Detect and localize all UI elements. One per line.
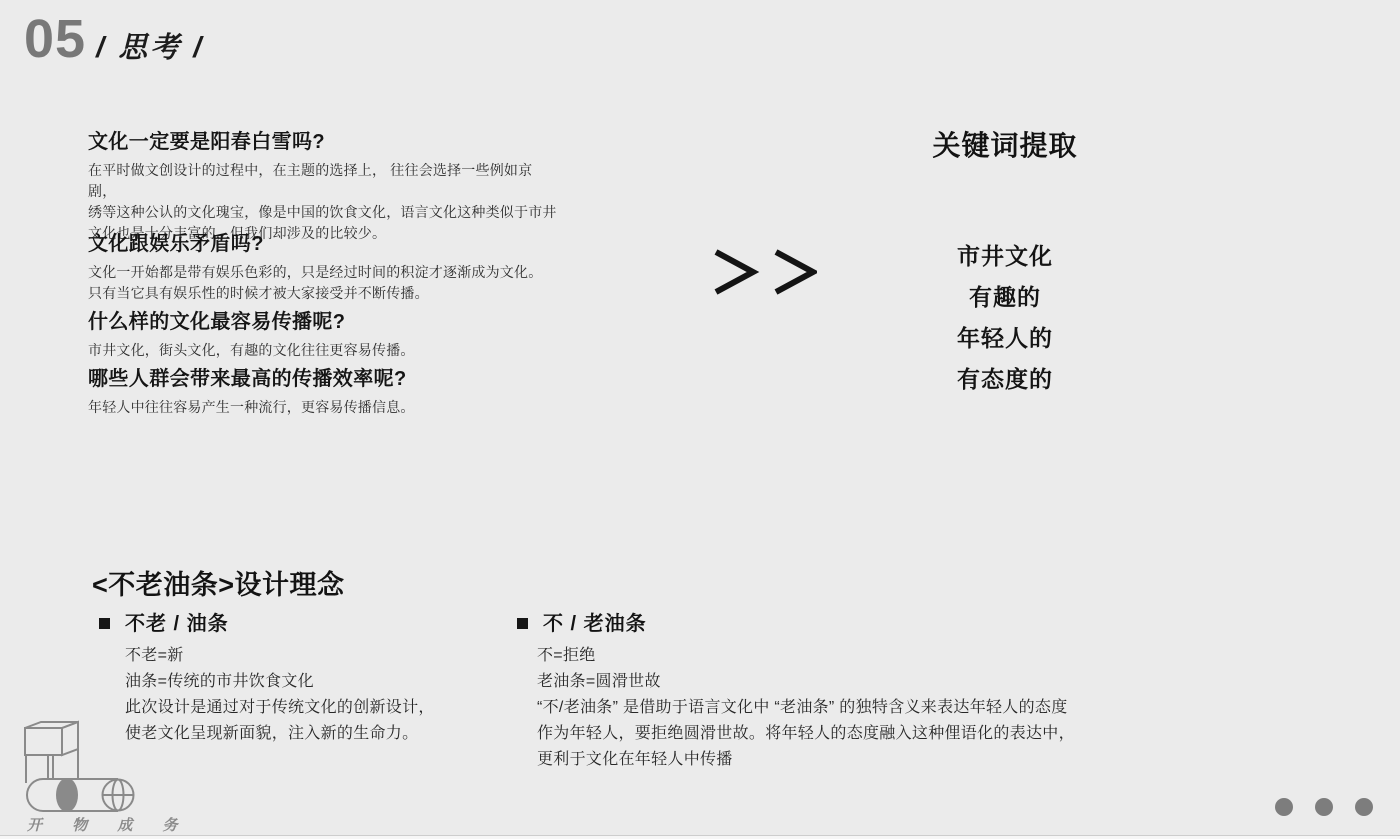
qa-answer: 年轻人中往往容易产生一种流行，更容易传播信息。 <box>88 397 558 418</box>
concept-line: “不/老油条” 是借助于语言文化中 “老油条” 的独特含义来表达年轻人的态度 <box>537 695 1157 721</box>
concept-block-title: 不 / 老油条 <box>543 612 647 637</box>
keyword-item: 有态度的 <box>880 359 1130 400</box>
concept-line: 此次设计是通过对于传统文化的创新设计， <box>125 695 519 721</box>
keywords-panel: 关键词提取 市井文化 有趣的 年轻人的 有态度的 <box>880 129 1130 400</box>
kaiwu-chengwu-logo-icon <box>22 714 138 814</box>
keywords-list: 市井文化 有趣的 年轻人的 有态度的 <box>880 236 1130 400</box>
keywords-title: 关键词提取 <box>880 129 1130 163</box>
pagination-dot[interactable] <box>1355 798 1373 816</box>
concept-block-header: 不 / 老油条 <box>517 612 1157 637</box>
qa-answer: 市井文化，街头文化，有趣的文化往往更容易传播。 <box>88 340 558 361</box>
slide: 05 / 思考 / 文化一定要是阳春白雪吗? 在平时做文创设计的过程中，在主题的… <box>0 0 1400 839</box>
square-bullet-icon <box>517 618 528 629</box>
qa-block-2: 文化跟娱乐矛盾吗? 文化一开始都是带有娱乐色彩的，只是经过时间的积淀才逐渐成为文… <box>88 231 558 304</box>
section-title: / 思考 / <box>96 25 204 66</box>
concept-line: 作为年轻人，要拒绝圆滑世故。将年轻人的态度融入这种俚语化的表达中， <box>537 721 1157 747</box>
slide-header: 05 / 思考 / <box>24 12 204 66</box>
qa-block-3: 什么样的文化最容易传播呢? 市井文化，街头文化，有趣的文化往往更容易传播。 <box>88 309 558 361</box>
qa-block-4: 哪些人群会带来最高的传播效率呢? 年轻人中往往容易产生一种流行，更容易传播信息。 <box>88 366 558 418</box>
concept-line: 老油条=圆滑世故 <box>537 669 1157 695</box>
keyword-item: 年轻人的 <box>880 318 1130 359</box>
qa-question: 文化跟娱乐矛盾吗? <box>88 231 558 257</box>
concept-line: 油条=传统的市井饮食文化 <box>125 669 519 695</box>
qa-block-1: 文化一定要是阳春白雪吗? 在平时做文创设计的过程中，在主题的选择上， 往往会选择… <box>88 129 558 244</box>
section-number: 05 <box>24 12 86 66</box>
qa-answer: 文化一开始都是带有娱乐色彩的，只是经过时间的积淀才逐渐成为文化。 只有当它具有娱… <box>88 262 558 304</box>
concept-line: 更利于文化在年轻人中传播 <box>537 747 1157 773</box>
qa-answer-line: 只有当它具有娱乐性的时候才被大家接受并不断传播。 <box>88 283 558 304</box>
keyword-item: 有趣的 <box>880 277 1130 318</box>
square-bullet-icon <box>99 618 110 629</box>
keyword-item: 市井文化 <box>880 236 1130 277</box>
pagination-dot[interactable] <box>1275 798 1293 816</box>
concept-block-title: 不老 / 油条 <box>125 612 229 637</box>
qa-answer-line: 文化一开始都是带有娱乐色彩的，只是经过时间的积淀才逐渐成为文化。 <box>88 262 558 283</box>
qa-question: 哪些人群会带来最高的传播效率呢? <box>88 366 558 392</box>
concept-line: 不老=新 <box>125 643 519 669</box>
pagination-dot[interactable] <box>1315 798 1333 816</box>
concept-block-header: 不老 / 油条 <box>99 612 519 637</box>
concept-line: 不=拒绝 <box>537 643 1157 669</box>
logo-text: 开 物 成 务 <box>27 814 191 835</box>
concept-block-body: 不老=新 油条=传统的市井饮食文化 此次设计是通过对于传统文化的创新设计， 使老… <box>125 643 519 747</box>
qa-answer-line: 市井文化，街头文化，有趣的文化往往更容易传播。 <box>88 340 558 361</box>
concept-line: 使老文化呈现新面貌，注入新的生命力。 <box>125 721 519 747</box>
qa-question: 文化一定要是阳春白雪吗? <box>88 129 558 155</box>
concept-block-body: 不=拒绝 老油条=圆滑世故 “不/老油条” 是借助于语言文化中 “老油条” 的独… <box>537 643 1157 773</box>
concept-block-2: 不 / 老油条 不=拒绝 老油条=圆滑世故 “不/老油条” 是借助于语言文化中 … <box>517 612 1157 773</box>
concept-block-1: 不老 / 油条 不老=新 油条=传统的市井饮食文化 此次设计是通过对于传统文化的… <box>99 612 519 747</box>
qa-answer-line: 年轻人中往往容易产生一种流行，更容易传播信息。 <box>88 397 558 418</box>
double-chevron-right-icon <box>713 249 817 295</box>
qa-question: 什么样的文化最容易传播呢? <box>88 309 558 335</box>
concept-title: <不老油条>设计理念 <box>92 563 345 602</box>
qa-answer-line: 绣等这种公认的文化瑰宝，像是中国的饮食文化，语言文化这种类似于市井 <box>88 202 558 223</box>
qa-answer-line: 在平时做文创设计的过程中，在主题的选择上， 往往会选择一些例如京剧， <box>88 160 558 202</box>
